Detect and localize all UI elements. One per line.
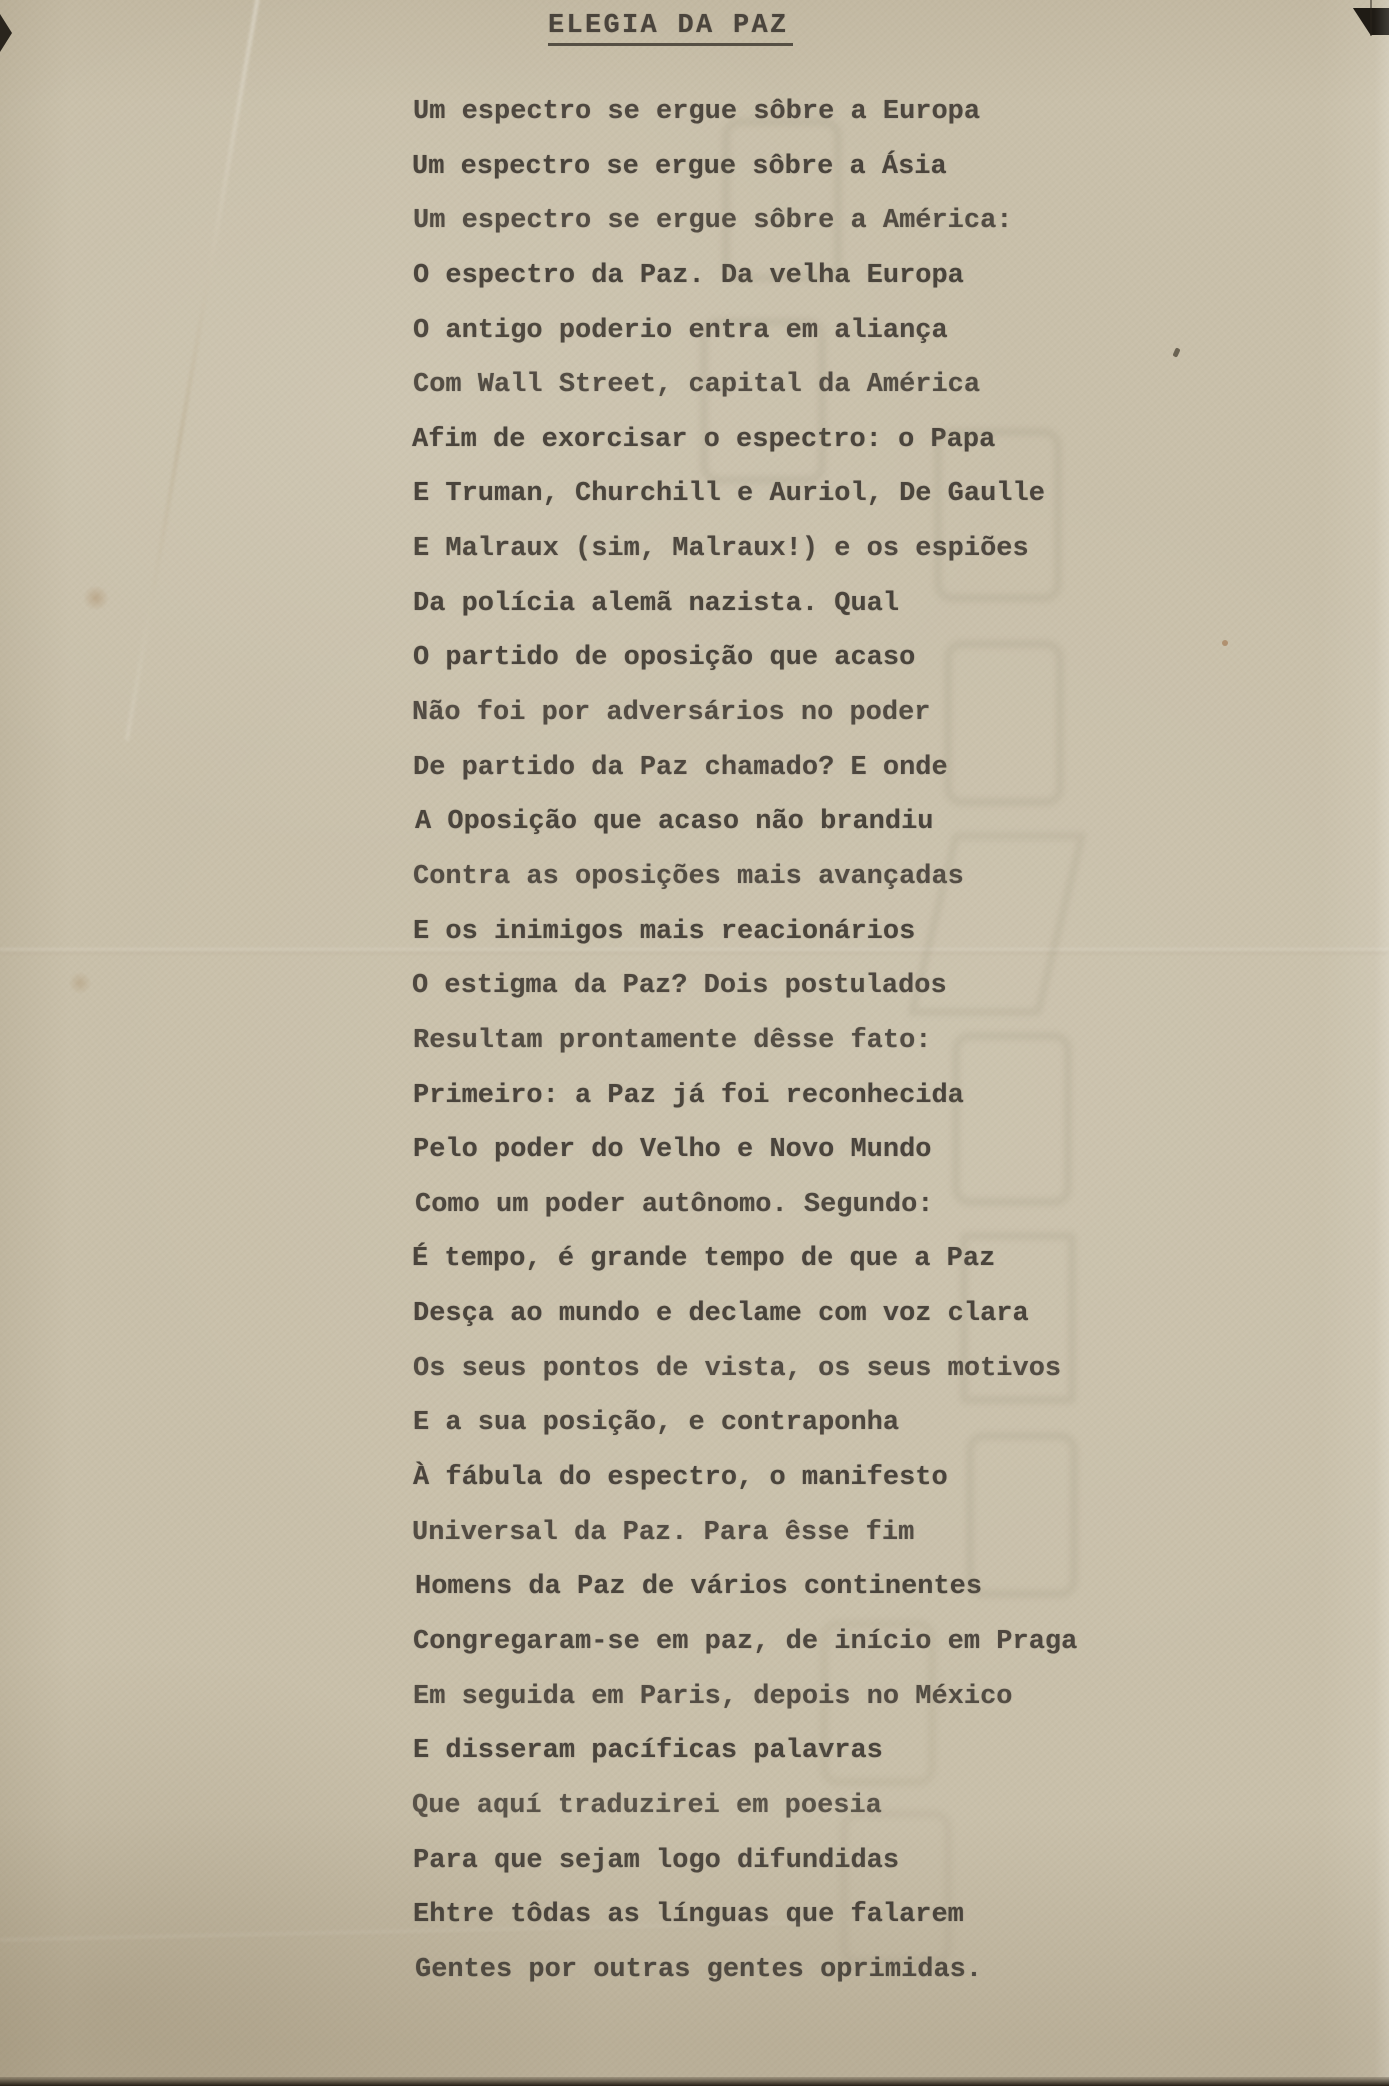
page-edge-line <box>1370 0 1372 36</box>
poem-title: ELEGIA DA PAZ <box>548 10 793 46</box>
poem-line: O estigma da Paz? Dois postulados <box>412 959 1076 1014</box>
scan-edge-bottom <box>0 2077 1389 2086</box>
poem-line: Um espectro se ergue sôbre a Ásia <box>412 140 1076 195</box>
poem-line: E Truman, Churchill e Auriol, De Gaulle <box>413 467 1077 522</box>
poem-line: E os inimigos mais reacionários <box>413 905 1077 960</box>
poem-line: É tempo, é grande tempo de que a Paz <box>412 1232 1076 1287</box>
poem-line: Para que sejam logo difundidas <box>413 1834 1077 1889</box>
poem-line: E disseram pacíficas palavras <box>413 1724 1077 1779</box>
ink-speck <box>1172 347 1180 357</box>
poem-line: Que aquí traduzirei em poesia <box>412 1779 1076 1834</box>
poem-line: O partido de oposição que acaso <box>413 631 1077 686</box>
page-edge-highlight <box>1374 0 1389 2086</box>
poem-line: Pelo poder do Velho e Novo Mundo <box>413 1123 1077 1178</box>
poem-line: O espectro da Paz. Da velha Europa <box>413 249 1077 304</box>
poem-line: À fábula do espectro, o manifesto <box>413 1451 1077 1506</box>
poem-line: Desça ao mundo e declame com voz clara <box>413 1287 1077 1342</box>
poem-line: Da polícia alemã nazista. Qual <box>413 577 1077 632</box>
poem-line: Com Wall Street, capital da América <box>413 358 1077 413</box>
poem-line: Afim de exorcisar o espectro: o Papa <box>412 413 1076 468</box>
paper-stain <box>82 586 110 610</box>
typewritten-page: ELEGIA DA PAZ Um espectro se ergue sôbre… <box>0 0 1389 2086</box>
paper-stain <box>68 972 92 994</box>
poem-line: Ehtre tôdas as línguas que falarem <box>413 1888 1077 1943</box>
poem-line: Como um poder autônomo. Segundo: <box>415 1178 1079 1233</box>
poem-line: E a sua posição, e contraponha <box>413 1396 1077 1451</box>
poem-body: Um espectro se ergue sôbre a EuropaUm es… <box>413 85 1077 1997</box>
poem-line: Não foi por adversários no poder <box>412 686 1076 741</box>
poem-line: Em seguida em Paris, depois no México <box>413 1670 1077 1725</box>
poem-line: Contra as oposições mais avançadas <box>413 850 1077 905</box>
poem-line: Homens da Paz de vários continentes <box>415 1560 1079 1615</box>
poem-line: Resultam prontamente dêsse fato: <box>413 1014 1077 1069</box>
poem-line: Congregaram-se em paz, de início em Prag… <box>413 1615 1077 1670</box>
poem-line: Primeiro: a Paz já foi reconhecida <box>413 1069 1077 1124</box>
poem-line: E Malraux (sim, Malraux!) e os espiões <box>413 522 1077 577</box>
poem-line: De partido da Paz chamado? E onde <box>413 741 1077 796</box>
poem-line: Um espectro se ergue sôbre a América: <box>413 194 1077 249</box>
poem-line: A Oposição que acaso não brandiu <box>415 795 1079 850</box>
poem-line: Universal da Paz. Para êsse fim <box>412 1506 1076 1561</box>
poem-line: Os seus pontos de vista, os seus motivos <box>413 1342 1077 1397</box>
scan-corner-mark-top-right <box>1348 8 1389 35</box>
poem-line: Gentes por outras gentes oprimidas. <box>415 1943 1079 1998</box>
rust-speck <box>1222 640 1228 646</box>
scan-corner-mark-top-left <box>0 14 12 52</box>
fold-crease-diagonal <box>125 0 262 741</box>
poem-line: O antigo poderio entra em aliança <box>413 304 1077 359</box>
poem-line: Um espectro se ergue sôbre a Europa <box>413 85 1077 140</box>
